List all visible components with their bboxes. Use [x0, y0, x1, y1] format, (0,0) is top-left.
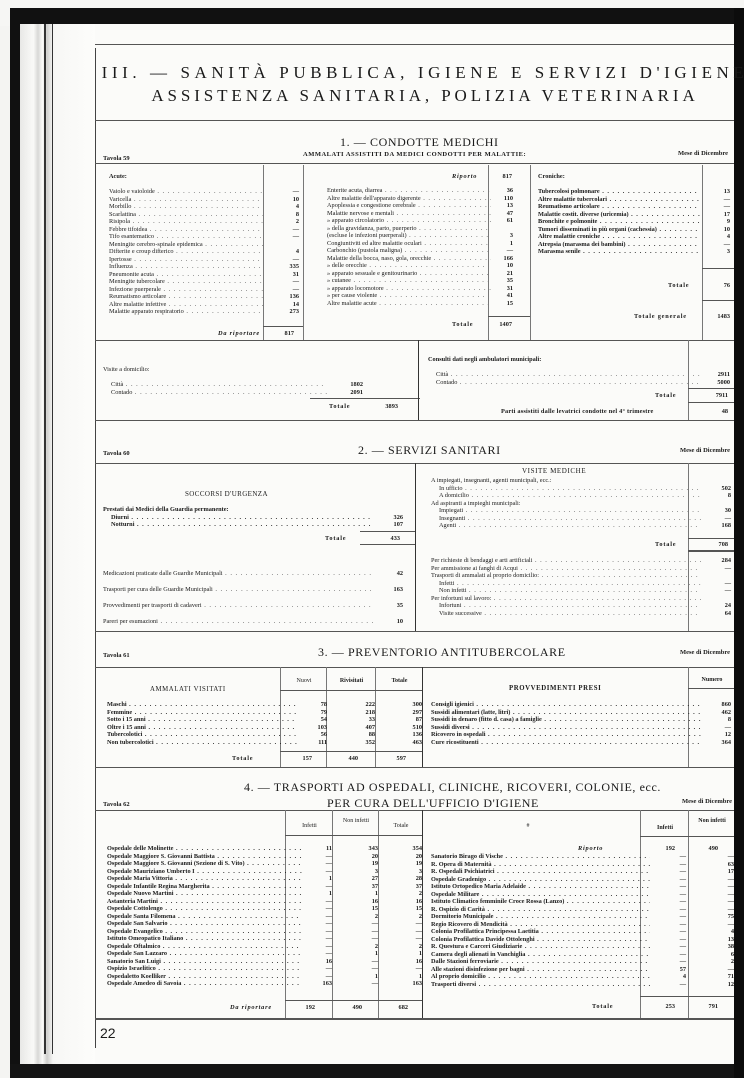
row-label: Difterite e croup difterico: [109, 248, 263, 256]
list-item: Per ammissione ai fanghi di Acqui—: [431, 565, 731, 573]
row-value: 335: [263, 263, 299, 271]
list-item: R. Opera di Maternità—63: [431, 861, 734, 869]
row-value: —: [650, 981, 686, 989]
carry-label: Da riportare: [218, 330, 260, 337]
list-item: » apparato locomotore31: [327, 285, 513, 293]
divider: [95, 631, 734, 632]
row-label: R. Ospedali Psichiatrici: [431, 868, 650, 876]
column-total: 490: [336, 1004, 362, 1011]
list-item: Tubercolotici5688136: [107, 731, 422, 739]
births-value: 48: [700, 408, 728, 415]
row-value: —: [650, 891, 686, 899]
divider: [280, 690, 422, 691]
consults-total-value: 7911: [700, 392, 728, 399]
row-value: 13: [686, 936, 734, 944]
row-label: Trasporti per cura delle Guardie Municip…: [103, 582, 373, 598]
row-value: 343: [332, 845, 378, 853]
row-label: Risipola: [109, 218, 263, 226]
row-value: —: [650, 958, 686, 966]
divider: [688, 688, 734, 689]
month-label: Mese di Dicembre: [682, 798, 732, 805]
row-value: 61: [491, 217, 513, 225]
divider: [285, 1000, 422, 1001]
row-value: 163: [302, 980, 332, 988]
row-value: —: [701, 515, 731, 523]
list-item: Regio Ricovero di Mendicità——: [431, 921, 734, 929]
list-item: Consigli igienici860: [431, 701, 731, 709]
row-label: Apoplessia e congestione cerebrale: [327, 202, 491, 210]
binding-edge-line: [44, 24, 46, 1054]
col-header-non-infetti-right: Non infetti: [690, 818, 734, 825]
row-label: Tumori disseminati in più organi (caches…: [538, 226, 700, 234]
row-value: 2: [686, 958, 734, 966]
row-value: 163: [373, 582, 403, 598]
row-value: 1: [378, 973, 422, 981]
row-label: Infortuni: [431, 602, 701, 610]
chronic-total-label: Totale: [668, 282, 689, 289]
row-value: —: [650, 898, 686, 906]
row-value: 42: [373, 566, 403, 582]
row-value: —: [302, 913, 332, 921]
row-value: —: [332, 935, 378, 943]
row-value: 71: [686, 973, 734, 981]
list-item: Contado5000: [428, 379, 730, 387]
row-value: 17: [686, 868, 734, 876]
divider: [95, 767, 734, 768]
row-value: —: [686, 898, 734, 906]
list-item: Dormitorio Municipale—75: [431, 913, 734, 921]
row-label: Al proprio domicilio: [431, 973, 650, 981]
list-item: Vaiolo e vaioloide—: [109, 188, 299, 196]
row-label: Città: [103, 381, 327, 389]
row-value: 2: [332, 943, 378, 951]
row-label: Medicazioni praticate dalle Guardie Muni…: [103, 566, 373, 582]
row-label: Femmine: [107, 709, 297, 717]
list-item: Città1802: [103, 381, 363, 389]
row-value: —: [302, 898, 332, 906]
col-header-totale: Totale: [380, 823, 422, 830]
row-value: [701, 595, 731, 603]
row-label: Pneumonite acuta: [109, 271, 263, 279]
list-item: Risipola2: [109, 218, 299, 226]
row-label: Diurni: [103, 514, 373, 522]
row-label: Vaiolo e vaioloide: [109, 188, 263, 196]
row-label: Ospedale delle Molinette: [107, 845, 302, 853]
row-value: 463: [375, 739, 422, 747]
row-value: 103: [297, 724, 327, 732]
row-value: 13: [700, 188, 730, 196]
row-label: » apparato locomotore: [327, 285, 491, 293]
row-value: 3: [332, 868, 378, 876]
row-value: —: [332, 928, 378, 936]
row-value: —: [650, 883, 686, 891]
row-label: » apparato sessuale e genitourinario: [327, 270, 491, 278]
row-value: 8: [701, 716, 731, 724]
row-value: 21: [491, 270, 513, 278]
list-item: Ospedale Amedeo di Savoia163—163: [107, 980, 422, 988]
list-item: Infezione puerperale—: [109, 286, 299, 294]
row-value: 79: [297, 709, 327, 717]
row-value: —: [302, 868, 332, 876]
transports-carry-label: Da riportare: [230, 1004, 272, 1011]
row-value: —: [302, 943, 332, 951]
book-binding: [20, 24, 95, 1064]
row-label: Cure ricostituenti: [431, 739, 701, 747]
row-label: Sanatorio San Luigi: [107, 958, 302, 966]
urgent-total-label: Totale: [325, 535, 346, 542]
row-value: —: [302, 905, 332, 913]
list-item: Infetti—: [431, 580, 731, 588]
list-item: Città2911: [428, 371, 730, 379]
row-value: 10: [491, 262, 513, 270]
row-value: —: [263, 286, 299, 294]
column-total: 192: [289, 1004, 315, 1011]
row-label: Per ammissione ai fanghi di Acqui: [431, 565, 701, 573]
divider: [702, 300, 734, 301]
list-item: Ospedale Evangelico———: [107, 928, 422, 936]
row-value: —: [650, 928, 686, 936]
list-item: Infortuni24: [431, 602, 731, 610]
column-rule: [422, 810, 423, 1018]
list-item: Istituto Climatico femminile Croce Rossa…: [431, 898, 734, 906]
list-item: R. Questura e Carceri Giudiziarie—38: [431, 943, 734, 951]
total-non-infetti: 791: [690, 1003, 718, 1010]
row-value: 4: [263, 248, 299, 256]
row-value: 354: [378, 845, 422, 853]
row-label: Tubercolosi polmonare: [538, 188, 700, 196]
divider: [280, 751, 422, 752]
row-value: 10: [700, 226, 730, 234]
patients-visited-table: Maschi78222300Femmine79218297Sotto i 15 …: [107, 701, 422, 746]
row-label: Meningite tubercolare: [109, 278, 263, 286]
urgent-aid-header: SOCCORSI D'URGENZA: [185, 490, 268, 498]
transports-riporto-label: Riporto: [578, 845, 603, 852]
row-label: » della gravidanza, parto, puerperio: [327, 225, 491, 233]
row-label: Ospedale Gradenigo: [431, 876, 650, 884]
row-value: 4: [686, 928, 734, 936]
section-3-title: 3. — PREVENTORIO ANTITUBERCOLARE: [318, 645, 566, 660]
urgent-total-value: 433: [372, 535, 400, 542]
patients-total-label: Totale: [232, 755, 253, 762]
list-item: Provvedimenti per trasporti di cadaveri3…: [103, 598, 403, 614]
row-value: —: [700, 203, 730, 211]
row-label: Reumatismo articolare: [109, 293, 263, 301]
row-value: 510: [375, 724, 422, 732]
divider: [263, 326, 303, 327]
column-rule: [488, 165, 489, 340]
month-label: Mese di Dicembre: [678, 150, 728, 157]
row-label: » apparato circolatorio: [327, 217, 491, 225]
row-value: 8: [263, 211, 299, 219]
row-label: Malattie apparato respiratorio: [109, 308, 263, 316]
divider: [95, 1018, 734, 1020]
transports-total-label: Totale: [592, 1003, 613, 1010]
row-value: —: [650, 921, 686, 929]
births-label: Parti assistiti dalle levatrici condotte…: [501, 408, 653, 415]
row-value: 16: [378, 958, 422, 966]
row-label: (escluse le infezioni puerperali): [327, 232, 491, 240]
row-value: 16: [378, 898, 422, 906]
divider: [95, 810, 734, 811]
row-value: 10: [263, 196, 299, 204]
list-item: Enterite acuta, diarrea36: [327, 187, 513, 195]
row-value: 502: [701, 485, 731, 493]
row-value: 2: [378, 890, 422, 898]
list-item: » apparato sessuale e genitourinario21: [327, 270, 513, 278]
list-item: Morbillo4: [109, 203, 299, 211]
column-total: 682: [382, 1004, 408, 1011]
row-value: 1: [332, 950, 378, 958]
row-value: —: [650, 913, 686, 921]
row-value: 107: [373, 521, 403, 529]
scan-border-bottom: [10, 1064, 744, 1078]
row-value: 37: [378, 883, 422, 891]
section-1-title: 1. — CONDOTTE MEDICHI: [340, 135, 499, 150]
list-item: Ospedale Oftalmico—22: [107, 943, 422, 951]
col-header-rivisitati: Rivisitati: [328, 678, 375, 685]
list-item: Ospedale Mauriziano Umberto I—33: [107, 868, 422, 876]
list-item: » delle orecchie10: [327, 262, 513, 270]
list-item: Sanatorio San Luigi16—16: [107, 958, 422, 966]
list-item: Ipertosse—: [109, 256, 299, 264]
row-label: Pareri per esumazioni: [103, 614, 373, 630]
list-item: Trasporti diversi—12: [431, 981, 734, 989]
section-4-title: 4. — TRASPORTI AD OSPEDALI, CLINICHE, RI…: [244, 780, 661, 795]
row-value: 35: [491, 277, 513, 285]
row-value: 4: [650, 973, 686, 981]
medical-visits-total-label: Totale: [655, 541, 676, 548]
row-value: —: [700, 196, 730, 204]
list-item: Trasporti per cura delle Guardie Municip…: [103, 582, 403, 598]
list-item: R. Ospedali Psichiatrici—17: [431, 868, 734, 876]
row-label: Trasporti diversi: [431, 981, 650, 989]
list-item: Ospizio Israelitico———: [107, 965, 422, 973]
row-value: 30: [701, 507, 731, 515]
column-total: 597: [378, 755, 406, 762]
list-item: A domicilio8: [431, 492, 731, 500]
row-value: 3: [491, 232, 513, 240]
row-label: Morbillo: [109, 203, 263, 211]
row-value: —: [701, 587, 731, 595]
row-label: Altre malattie tubercolari: [538, 196, 700, 204]
list-item: Varicella10: [109, 196, 299, 204]
scan-border-right: [734, 8, 744, 1078]
divider: [688, 402, 734, 403]
col-header-blank: #: [523, 823, 533, 830]
row-value: 9: [700, 218, 730, 226]
acute-list: Acute: Vaiolo e vaioloide—Varicella10Mor…: [109, 173, 299, 316]
medical-visits-total-value: 708: [700, 541, 728, 548]
patients-visited-header: AMMALATI VISITATI: [150, 686, 226, 693]
list-item: Malattie nervose e mentali47: [327, 210, 513, 218]
grand-total-label: Totale generale: [634, 313, 687, 320]
row-value: 2: [263, 218, 299, 226]
row-label: Per richieste di bendaggi e arti artific…: [431, 557, 701, 565]
row-label: Enterite acuta, diarrea: [327, 187, 491, 195]
list-item: Apoplessia e congestione cerebrale13: [327, 202, 513, 210]
column-rule: [415, 463, 416, 631]
list-item: Altre malattie acute15: [327, 300, 513, 308]
divider: [95, 340, 734, 341]
tavola-59-label: Tavola 59: [103, 155, 130, 162]
row-value: 20: [332, 853, 378, 861]
list-item: Ospedale Nuovo Martini112: [107, 890, 422, 898]
row-label: Notturni: [103, 521, 373, 529]
column-rule: [422, 667, 423, 767]
row-value: 20: [378, 853, 422, 861]
section-1-subtitle: AMMALATI ASSISTITI DA MEDICI CONDOTTI PE…: [303, 151, 526, 158]
column-rule: [702, 165, 703, 340]
row-value: 12: [686, 981, 734, 989]
transports-right-table: Sanatorio Birago di Vische——R. Opera di …: [431, 853, 734, 988]
row-label: Sotto i 15 anni: [107, 716, 297, 724]
list-item: Ospedale San Lazzaro—11: [107, 950, 422, 958]
row-label: Altre malattie infettive: [109, 301, 263, 309]
list-item: Notturni107: [103, 521, 403, 529]
tavola-60-label: Tavola 60: [103, 450, 130, 457]
row-value: 31: [263, 271, 299, 279]
row-value: 56: [297, 731, 327, 739]
row-label: Non tubercolotici: [107, 739, 297, 747]
row-value: 75: [686, 913, 734, 921]
row-value: —: [701, 565, 731, 573]
row-label: Istituto Climatico femminile Croce Rossa…: [431, 898, 650, 906]
list-item: Colonia Profilattica Principessa Laetiti…: [431, 928, 734, 936]
row-value: 2: [378, 943, 422, 951]
row-value: 27: [332, 875, 378, 883]
section-2-title: 2. — SERVIZI SANITARI: [358, 443, 501, 458]
row-value: —: [302, 965, 332, 973]
list-item: Ospedale Maggiore S. Giovanni Battista—2…: [107, 853, 422, 861]
row-value: —: [378, 965, 422, 973]
riporto-infetti: 192: [643, 845, 675, 852]
row-value: —: [650, 868, 686, 876]
row-value: 407: [327, 724, 375, 732]
scan-border-left: [10, 8, 20, 1068]
scan-border-top: [10, 8, 744, 24]
row-label: Consigli igienici: [431, 701, 701, 709]
row-label: Scarlattina: [109, 211, 263, 219]
row-label: Camera degli alienati in Vanchiglia: [431, 951, 650, 959]
list-item: Pareri per esumazioni10: [103, 614, 403, 630]
divider: [640, 996, 734, 997]
row-label: Tifo esantematico: [109, 233, 263, 241]
col-header-nuovi: Nuovi: [282, 678, 326, 685]
row-value: 326: [373, 514, 403, 522]
list-item: Camera degli alienati in Vanchiglia—6: [431, 951, 734, 959]
list-item: Non infetti—: [431, 587, 731, 595]
carry-value: 817: [266, 330, 294, 337]
list-item: Oltre i 15 anni103407510: [107, 724, 422, 732]
column-total: 157: [284, 755, 312, 762]
row-value: —: [686, 891, 734, 899]
row-value: —: [686, 876, 734, 884]
row-label: Città: [428, 371, 700, 379]
row-value: —: [686, 883, 734, 891]
list-item: Contado2091: [103, 389, 363, 397]
riporto-label: Riporto: [452, 173, 477, 180]
row-value: 462: [701, 709, 731, 717]
list-item: Pneumonite acuta31: [109, 271, 299, 279]
row-value: 2: [378, 913, 422, 921]
row-label: Ospedale Maggiore S. Giovanni Battista: [107, 853, 302, 861]
list-item: Diurni326: [103, 514, 403, 522]
col-header-infetti-right: Infetti: [642, 825, 688, 832]
row-value: [263, 241, 299, 249]
row-label: Istituto Omeopatico Italiano: [107, 935, 302, 943]
col-header-numero: Numero: [690, 677, 734, 684]
list-item: In ufficio502: [431, 485, 731, 493]
acute-header: Acute:: [109, 173, 299, 181]
col-header-totale: Totale: [377, 678, 422, 685]
row-value: —: [263, 188, 299, 196]
row-value: —: [700, 241, 730, 249]
list-item: Tifo esantematico—: [109, 233, 299, 241]
row-value: 15: [332, 905, 378, 913]
list-item: Sussidi diversi—: [431, 724, 731, 732]
row-value: 297: [375, 709, 422, 717]
column-rule: [688, 340, 689, 420]
chapter-title: III. — SANITÀ PUBBLICA, IGIENE E SERVIZI…: [95, 63, 744, 83]
measures-list: Consigli igienici860Sussidi alimentari (…: [431, 701, 731, 746]
row-value: —: [686, 921, 734, 929]
row-label: Malattie nervose e mentali: [327, 210, 491, 218]
row-value: —: [378, 935, 422, 943]
row-value: 38: [686, 943, 734, 951]
row-value: —: [650, 936, 686, 944]
column-rule: [530, 165, 531, 340]
row-value: 1: [302, 890, 332, 898]
row-label: Alle stazioni disinfezione per bagni: [431, 966, 650, 974]
row-value: 24: [701, 602, 731, 610]
row-value: —: [491, 247, 513, 255]
col-header-infetti: Infetti: [287, 823, 332, 830]
row-label: Insegnanti: [431, 515, 701, 523]
row-value: 3: [378, 868, 422, 876]
medical-visits-list: A impiegati, insegnanti, agenti municipa…: [431, 477, 731, 530]
page-number: 22: [100, 1025, 116, 1041]
row-value: 19: [378, 860, 422, 868]
divider: [360, 544, 415, 545]
row-label: Ospedale Amedeo di Savoia: [107, 980, 302, 988]
row-label: Impiegati: [431, 507, 701, 515]
row-value: 1: [378, 950, 422, 958]
transports-left-table: Ospedale delle Molinette11343354Ospedale…: [107, 845, 422, 988]
row-value: 860: [701, 701, 731, 709]
row-value: 166: [491, 255, 513, 263]
row-value: 28: [378, 875, 422, 883]
row-value: [701, 572, 731, 580]
page-top-rule: [95, 44, 734, 45]
list-item: Trasporti di ammalati al proprio domicil…: [431, 572, 731, 580]
row-label: Sussidi in denaro (fitto d. casa) a fami…: [431, 716, 701, 724]
total-value: 1407: [490, 321, 512, 328]
list-item: Insegnanti—: [431, 515, 731, 523]
ambulatory-consults: Consulti dati negli ambulatori municipal…: [428, 356, 730, 386]
row-label: Astanteria Martini: [107, 898, 302, 906]
list-item: Ospedale Militare——: [431, 891, 734, 899]
row-label: R. Opera di Maternità: [431, 861, 650, 869]
row-value: 8: [701, 492, 731, 500]
row-label: Ospizio Israelitico: [107, 965, 302, 973]
row-value: 4: [263, 203, 299, 211]
row-value: 163: [378, 980, 422, 988]
chapter-subtitle: ASSISTENZA SANITARIA, POLIZIA VETERINARI…: [95, 86, 744, 106]
row-value: 1: [302, 875, 332, 883]
list-item: Visite successive64: [431, 610, 731, 618]
row-value: 1: [332, 973, 378, 981]
row-value: —: [650, 861, 686, 869]
